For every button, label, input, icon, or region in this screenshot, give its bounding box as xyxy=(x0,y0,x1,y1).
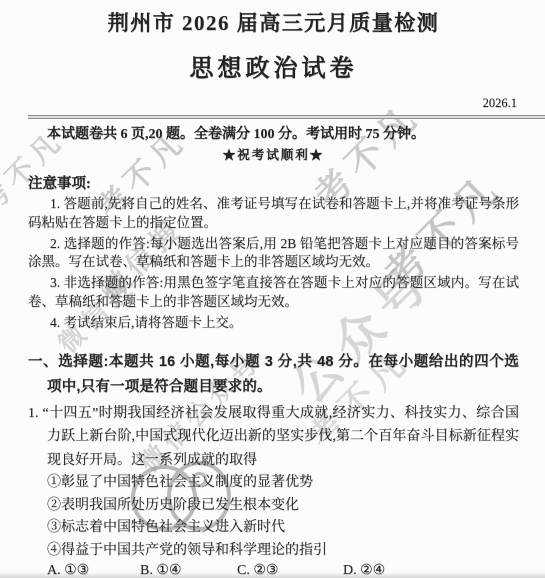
section-one-heading: 一、选择题:本题共 16 小题,每小题 3 分,共 48 分。在每小题给出的四个… xyxy=(28,350,519,400)
paper-subject-title: 思想政治试卷 xyxy=(28,54,519,84)
exam-date: 2026.1 xyxy=(28,96,519,110)
choice-a: A. ①③ xyxy=(47,563,140,578)
notice-item-1: 1. 答题前,先将自己的姓名、准考证号填写在试卷和答题卡上,并将准考证号条形码粘… xyxy=(28,195,519,233)
choice-c: C. ②③ xyxy=(237,563,343,578)
choice-d: D. ②④ xyxy=(343,563,385,578)
question-1-statement-3: ③标志着中国特色社会主义进入新时代 xyxy=(47,517,519,540)
question-1-statement-4: ④得益于中国共产党的领导和科学理论的指引 xyxy=(47,540,519,563)
scanned-exam-page: { "header": { "title": "荆州市 2026 届高三元月质量… xyxy=(0,0,545,578)
question-1-stem: 1. “十四五”时期我国经济社会发展取得重大成就,经济实力、科技实力、综合国力跃… xyxy=(28,402,519,473)
question-1-statement-1: ①彰显了中国特色社会主义制度的显著优势 xyxy=(47,472,519,495)
notice-heading: 注意事项: xyxy=(28,176,519,193)
good-luck-line: ★祝考试顺利★ xyxy=(28,148,519,163)
choice-b: B. ①④ xyxy=(140,563,237,578)
question-1-statement-2: ②表明我国所处历史阶段已发生根本变化 xyxy=(47,495,519,518)
notice-item-3: 3. 非选择题的作答:用黑色签字笔直接答在答题卡上对应的答题区域内。写在试卷、草… xyxy=(28,274,519,312)
notice-item-4: 4. 考试结束后,请将答题卡上交。 xyxy=(28,314,519,333)
exam-summary: 本试题卷共 6 页,20 题。全卷满分 100 分。考试用时 75 分钟。 xyxy=(28,126,519,143)
exam-title: 荆州市 2026 届高三元月质量检测 xyxy=(28,8,519,38)
exam-content: 荆州市 2026 届高三元月质量检测 思想政治试卷 2026.1 本试题卷共 6… xyxy=(0,0,545,578)
notice-item-2: 2. 选择题的作答:每小题选出答案后,用 2B 铅笔把答题卡上对应题目的答案标号… xyxy=(28,235,519,273)
header-divider xyxy=(28,115,545,119)
question-1-choices-row: A. ①③ B. ①④ C. ②③ D. ②④ xyxy=(47,563,519,578)
